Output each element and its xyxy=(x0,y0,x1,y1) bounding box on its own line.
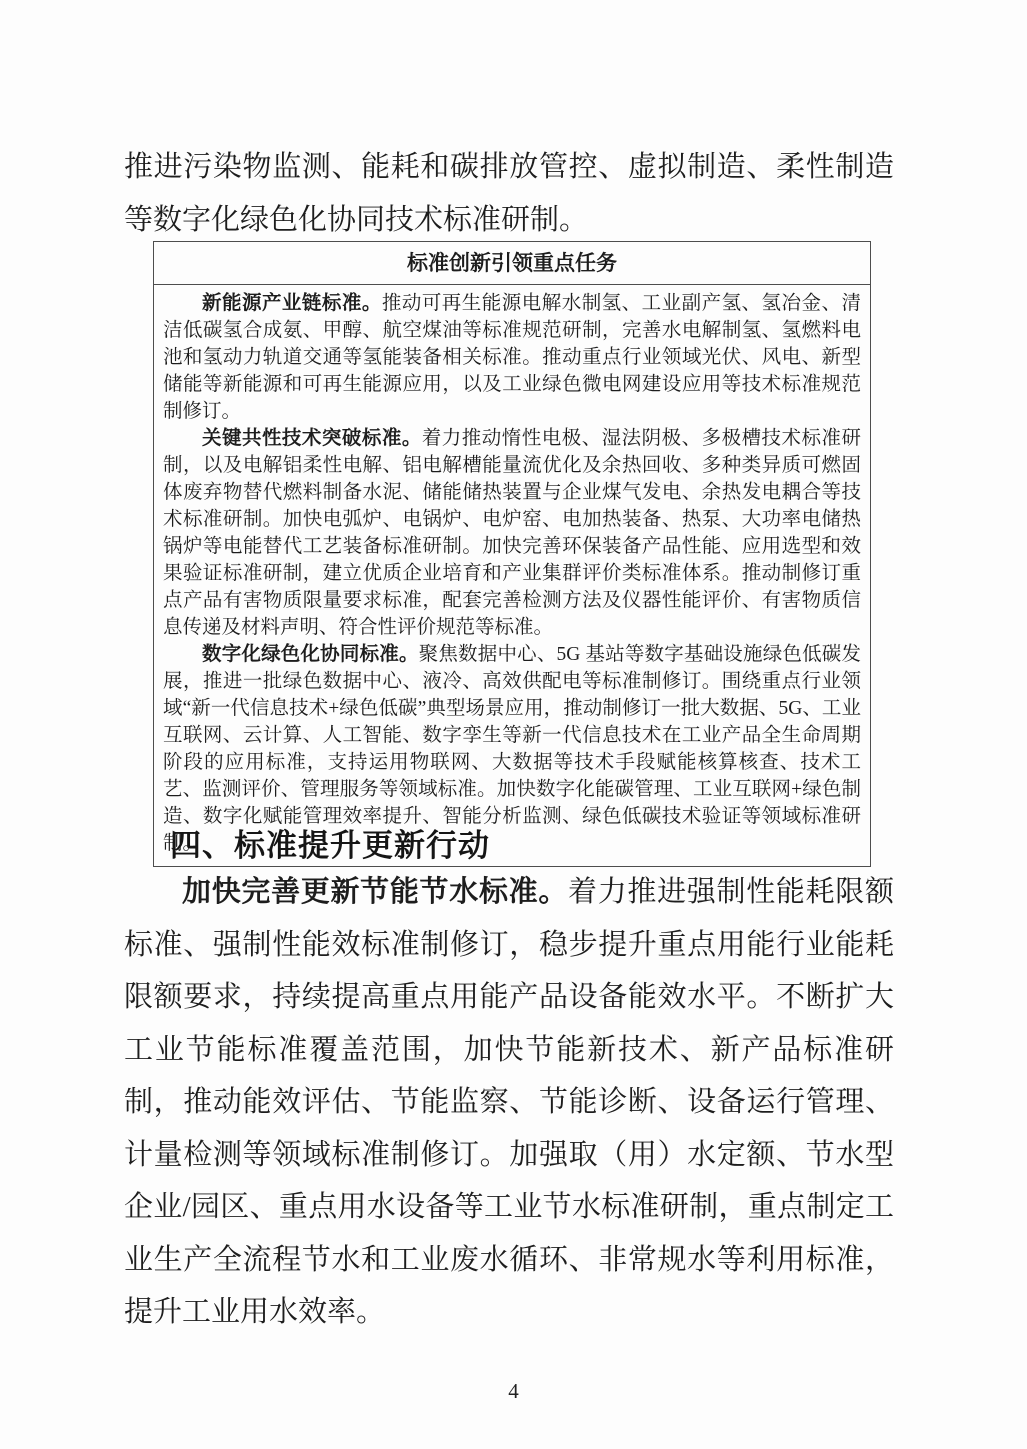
box-paragraph-digital-green-lead: 数字化绿色化协同标准。 xyxy=(202,644,419,665)
section-heading: 四、标准提升更新行动 xyxy=(124,820,894,865)
page-number: 4 xyxy=(0,1379,1027,1404)
section-paragraph-lead: 加快完善更新节能节水标准。 xyxy=(182,876,568,908)
section-paragraph: 加快完善更新节能节水标准。着力推进强制性能耗限额标准、强制性能效标准制修订，稳步… xyxy=(124,866,894,1339)
key-tasks-box-title: 标准创新引领重点任务 xyxy=(154,242,870,285)
document-page: 推进污染物监测、能耗和碳排放管控、虚拟制造、柔性制造等数字化绿色化协同技术标准研… xyxy=(0,0,1027,1449)
section-paragraph-body: 着力推进强制性能耗限额标准、强制性能效标准制修订，稳步提升重点用能行业能耗限额要… xyxy=(124,876,894,1328)
box-paragraph-new-energy-lead: 新能源产业链标准。 xyxy=(202,293,382,314)
box-paragraph-new-energy: 新能源产业链标准。推动可再生能源电解水制氢、工业副产氢、氢冶金、清洁低碳氢合成氨… xyxy=(163,290,861,425)
intro-paragraph: 推进污染物监测、能耗和碳排放管控、虚拟制造、柔性制造等数字化绿色化协同技术标准研… xyxy=(124,141,894,246)
box-paragraph-key-tech-lead: 关键共性技术突破标准。 xyxy=(202,428,422,449)
key-tasks-box: 标准创新引领重点任务 新能源产业链标准。推动可再生能源电解水制氢、工业副产氢、氢… xyxy=(153,241,871,867)
key-tasks-box-body: 新能源产业链标准。推动可再生能源电解水制氢、工业副产氢、氢冶金、清洁低碳氢合成氨… xyxy=(154,285,870,866)
box-paragraph-key-tech-body: 着力推动惰性电极、湿法阴极、多极槽技术标准研制，以及电解铝柔性电解、铝电解槽能量… xyxy=(163,428,861,638)
box-paragraph-key-tech: 关键共性技术突破标准。着力推动惰性电极、湿法阴极、多极槽技术标准研制，以及电解铝… xyxy=(163,425,861,641)
